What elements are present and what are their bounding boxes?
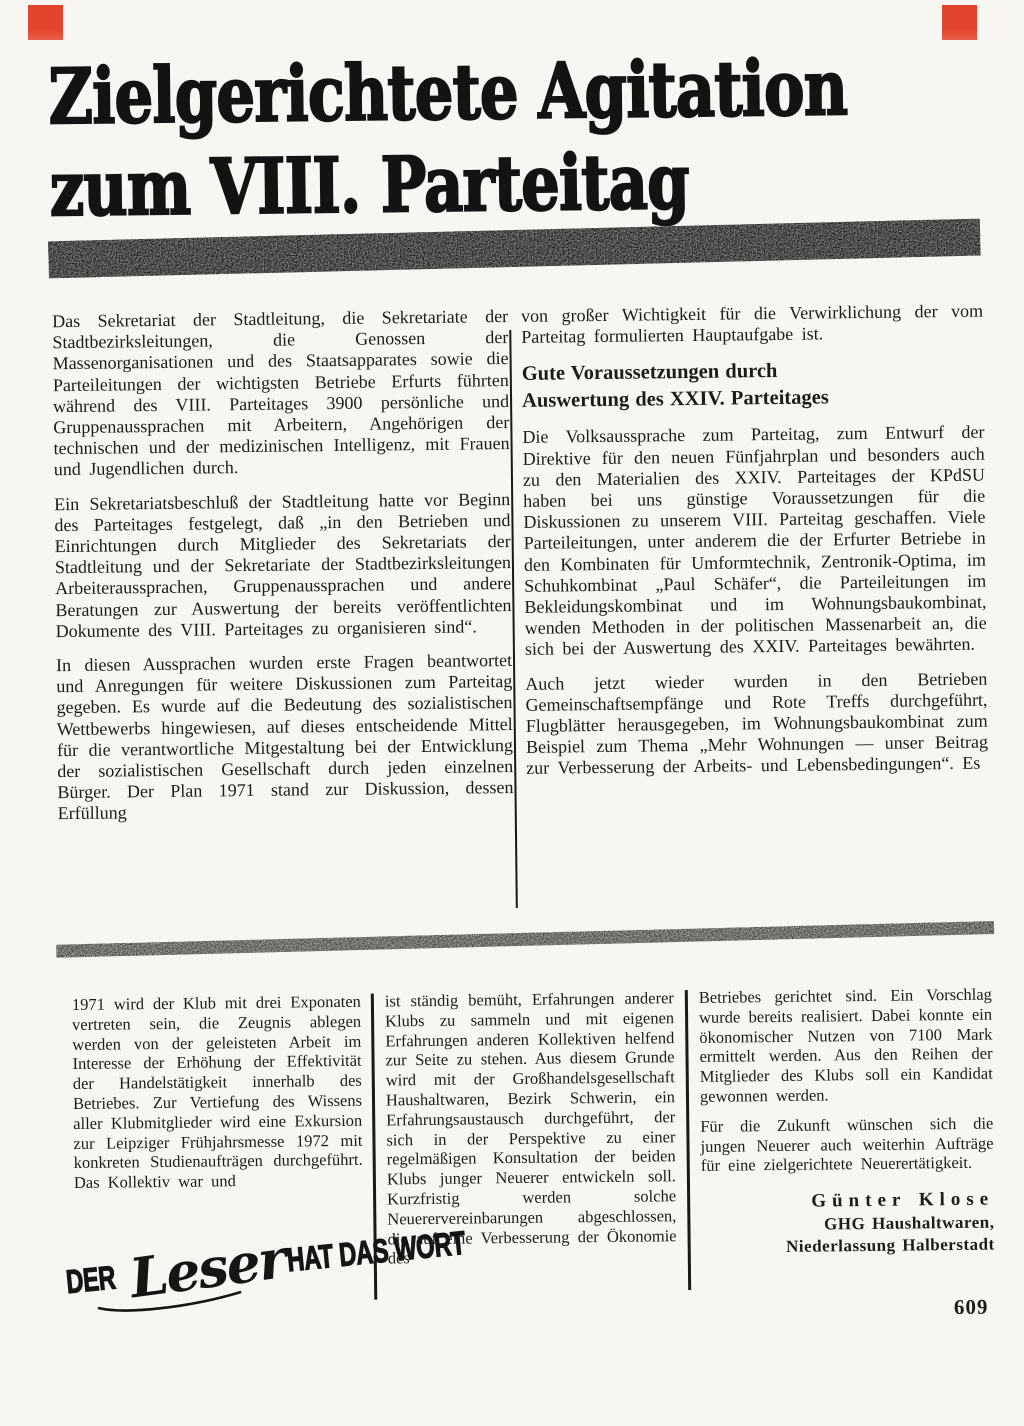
article-headline-line1: Zielgerichtete Agitation (48, 50, 847, 135)
author-signature: Günter Klose GHG Haushaltwaren, Niederla… (701, 1187, 995, 1259)
section-subheading: Gute Voraussetzungen durch Auswertung de… (522, 356, 985, 415)
bottom-column-3: Betriebes gerichtet sind. Ein Vorschlag … (699, 985, 995, 1259)
der-leser-hat-das-wort-logo: DERLeserHAT DAS WORT (64, 1226, 369, 1325)
page-number: 609 (908, 1295, 988, 1321)
paragraph: von großer Wichtigkeit für die Verwirkli… (521, 301, 983, 349)
paragraph: Das Sekretariat der Stadtleitung, die Se… (52, 306, 510, 481)
subheading-line1: Gute Voraussetzungen durch (522, 360, 778, 385)
paragraph: Auch jetzt wieder wurden in den Betriebe… (525, 668, 988, 779)
paragraph: Die Volksaussprache zum Parteitag, zum E… (522, 422, 987, 660)
paragraph: In diesen Aussprachen wurden erste Frage… (56, 650, 514, 825)
main-column-right: von großer Wichtigkeit für die Verwirkli… (521, 301, 988, 793)
section-separator-bar (56, 921, 994, 958)
author-name: Günter Klose (701, 1187, 994, 1215)
bottom-divider-rule-2 (685, 990, 691, 1290)
bottom-column-1: 1971 wird der Klub mit drei Exponaten ve… (72, 992, 363, 1203)
article-headline-line2: zum VIII. Parteitag (49, 144, 689, 227)
subheading-line2: Auswertung des XXIV. Parteitages (522, 387, 829, 412)
paragraph: Für die Zukunft wünschen sich die jungen… (700, 1113, 994, 1176)
paragraph: Ein Sekretariatsbeschluß der Stadtleitun… (54, 489, 512, 643)
author-location: Niederlassung Halberstadt (702, 1234, 995, 1259)
magazine-page: Zielgerichtete Agitation zum VIII. Parte… (0, 0, 1024, 1426)
paragraph: Betriebes gerichtet sind. Ein Vorschlag … (699, 985, 993, 1107)
main-column-left: Das Sekretariat der Stadtleitung, die Se… (52, 306, 514, 838)
logo-word-der: DER (65, 1261, 117, 1299)
paragraph: 1971 wird der Klub mit drei Exponaten ve… (72, 992, 363, 1193)
page-content: Zielgerichtete Agitation zum VIII. Parte… (0, 0, 1024, 1426)
